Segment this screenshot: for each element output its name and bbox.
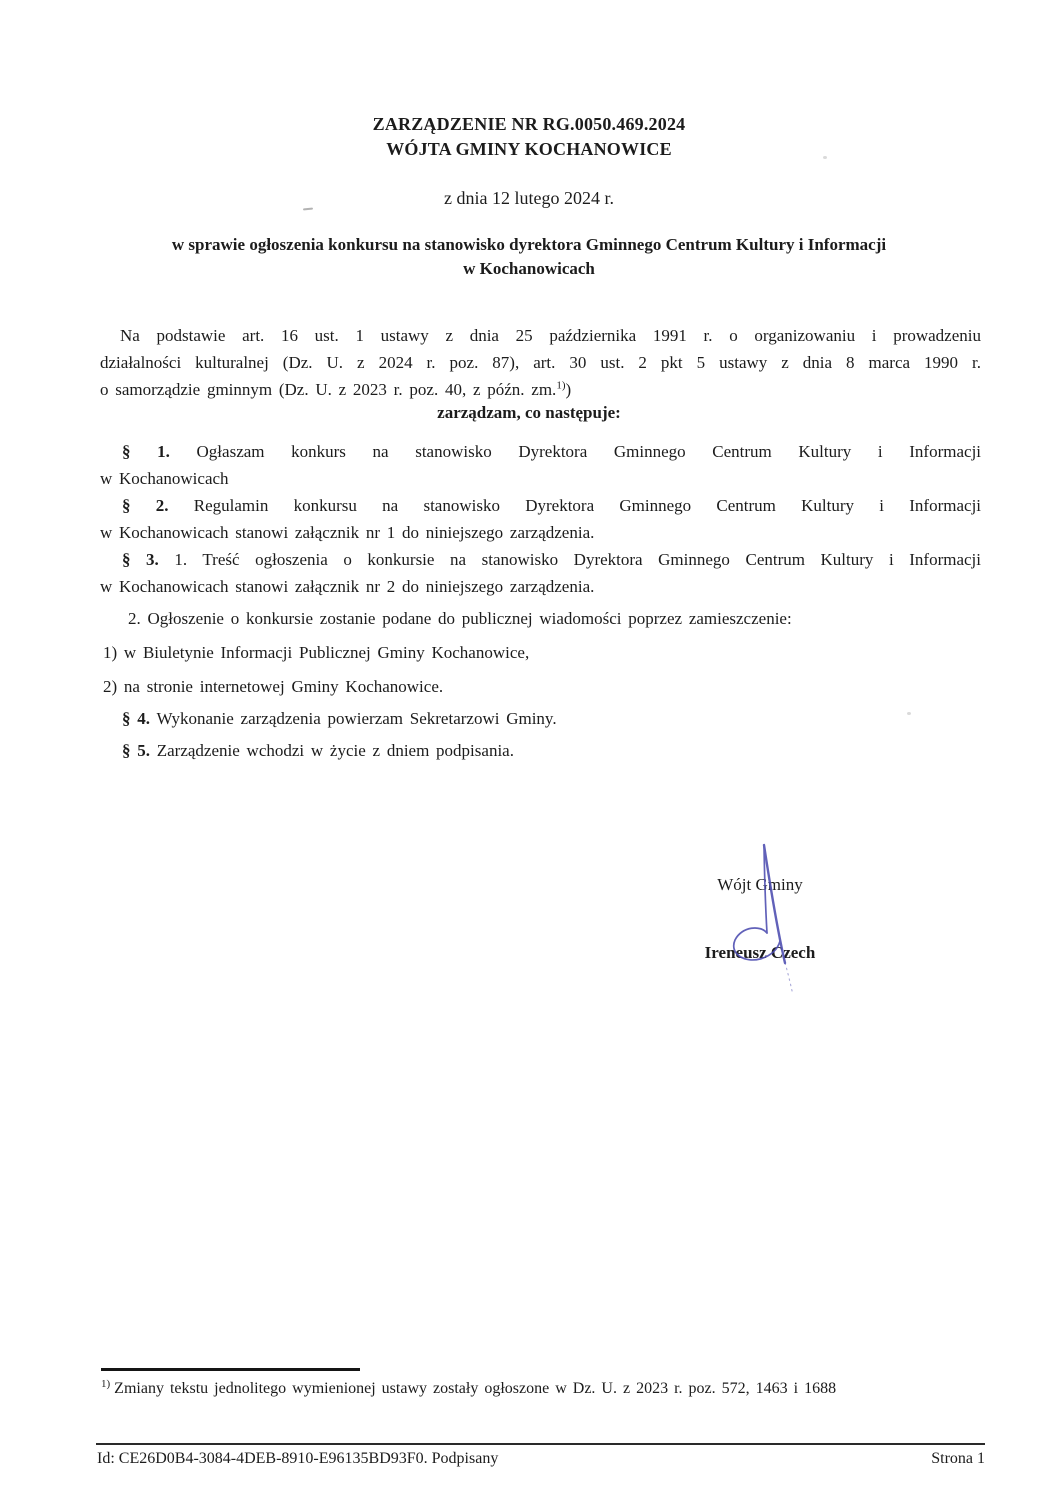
- signature-tail: [785, 963, 793, 995]
- legal-basis-line-1: Na podstawie art. 16 ust. 1 ustawy z dni…: [100, 322, 981, 349]
- footnote: 1)Zmiany tekstu jednolitego wymienionej …: [101, 1380, 981, 1398]
- section-1-line-1: § 1. Ogłaszam konkurs na stanowisko Dyre…: [100, 438, 981, 465]
- document-subject-line-2: w Kochanowicach: [0, 259, 1058, 279]
- section-3-paragraph-2: 2. Ogłoszenie o konkursie zostanie podan…: [100, 605, 981, 632]
- section-1-marker: § 1.: [122, 442, 170, 461]
- list-item-1: 1) w Biuletynie Informacji Publicznej Gm…: [103, 639, 984, 666]
- section-4-line: § 4. Wykonanie zarządzenia powierzam Sek…: [100, 705, 981, 732]
- document-id: Id: CE26D0B4-3084-4DEB-8910-E96135BD93F0…: [97, 1450, 498, 1468]
- legal-basis-line-3: o samorządzie gminnym (Dz. U. z 2023 r. …: [100, 376, 981, 403]
- scan-artifact: [303, 207, 313, 210]
- document-title-line-1: ZARZĄDZENIE NR RG.0050.469.2024: [0, 114, 1058, 135]
- footer-rule: [96, 1443, 985, 1445]
- document-title-line-2: WÓJTA GMINY KOCHANOWICE: [0, 139, 1058, 160]
- section-5-text: Zarządzenie wchodzi w życie z dniem podp…: [157, 741, 514, 760]
- order-formula: zarządzam, co następuje:: [0, 403, 1058, 423]
- section-3-marker: § 3.: [122, 550, 159, 569]
- section-4: § 4. Wykonanie zarządzenia powierzam Sek…: [100, 705, 981, 732]
- section-3-paragraph-2-text: 2. Ogłoszenie o konkursie zostanie podan…: [100, 605, 981, 632]
- section-2: § 2. Regulamin konkursu na stanowisko Dy…: [100, 492, 981, 546]
- section-3-text: 1. Treść ogłoszenia o konkursie na stano…: [174, 550, 981, 569]
- legal-basis-line-3-close: ): [565, 380, 571, 399]
- scan-artifact: [823, 156, 827, 159]
- section-2-line-1: § 2. Regulamin konkursu na stanowisko Dy…: [100, 492, 981, 519]
- list-item-2: 2) na stronie internetowej Gminy Kochano…: [103, 673, 984, 700]
- section-3: § 3. 1. Treść ogłoszenia o konkursie na …: [100, 546, 981, 600]
- document-subject-line-1: w sprawie ogłoszenia konkursu na stanowi…: [0, 235, 1058, 255]
- section-5-line: § 5. Zarządzenie wchodzi w życie z dniem…: [100, 737, 981, 764]
- legal-basis-line-3-text: o samorządzie gminnym (Dz. U. z 2023 r. …: [100, 380, 556, 399]
- section-1: § 1. Ogłaszam konkurs na stanowisko Dyre…: [100, 438, 981, 492]
- list-item-1-text: 1) w Biuletynie Informacji Publicznej Gm…: [103, 639, 984, 666]
- section-4-marker: § 4.: [122, 709, 150, 728]
- section-3-line-2: w Kochanowicach stanowi załącznik nr 2 d…: [100, 573, 981, 600]
- footnote-text: Zmiany tekstu jednolitego wymienionej us…: [114, 1380, 836, 1397]
- footnote-rule: [101, 1368, 360, 1371]
- footnote-marker: 1): [101, 1378, 110, 1390]
- section-4-text: Wykonanie zarządzenia powierzam Sekretar…: [156, 709, 556, 728]
- section-1-line-2: w Kochanowicach: [100, 465, 981, 492]
- section-3-line-1: § 3. 1. Treść ogłoszenia o konkursie na …: [100, 546, 981, 573]
- handwritten-signature: [715, 835, 825, 1000]
- page-number: Strona 1: [931, 1450, 985, 1468]
- section-1-text: Ogłaszam konkurs na stanowisko Dyrektora…: [197, 442, 982, 461]
- legal-basis-line-2: działalności kulturalnej (Dz. U. z 2024 …: [100, 349, 981, 376]
- signature-stroke-right: [764, 845, 785, 963]
- section-2-text: Regulamin konkursu na stanowisko Dyrekto…: [194, 496, 981, 515]
- section-2-marker: § 2.: [122, 496, 169, 515]
- footer: Id: CE26D0B4-3084-4DEB-8910-E96135BD93F0…: [97, 1450, 985, 1468]
- signature-loop: [734, 928, 780, 960]
- section-2-line-2: w Kochanowicach stanowi załącznik nr 1 d…: [100, 519, 981, 546]
- document-date: z dnia 12 lutego 2024 r.: [0, 188, 1058, 209]
- section-5: § 5. Zarządzenie wchodzi w życie z dniem…: [100, 737, 981, 764]
- document-page: ZARZĄDZENIE NR RG.0050.469.2024 WÓJTA GM…: [0, 0, 1058, 1496]
- legal-basis-paragraph: Na podstawie art. 16 ust. 1 ustawy z dni…: [100, 322, 981, 403]
- section-5-marker: § 5.: [122, 741, 150, 760]
- list-item-2-text: 2) na stronie internetowej Gminy Kochano…: [103, 673, 984, 700]
